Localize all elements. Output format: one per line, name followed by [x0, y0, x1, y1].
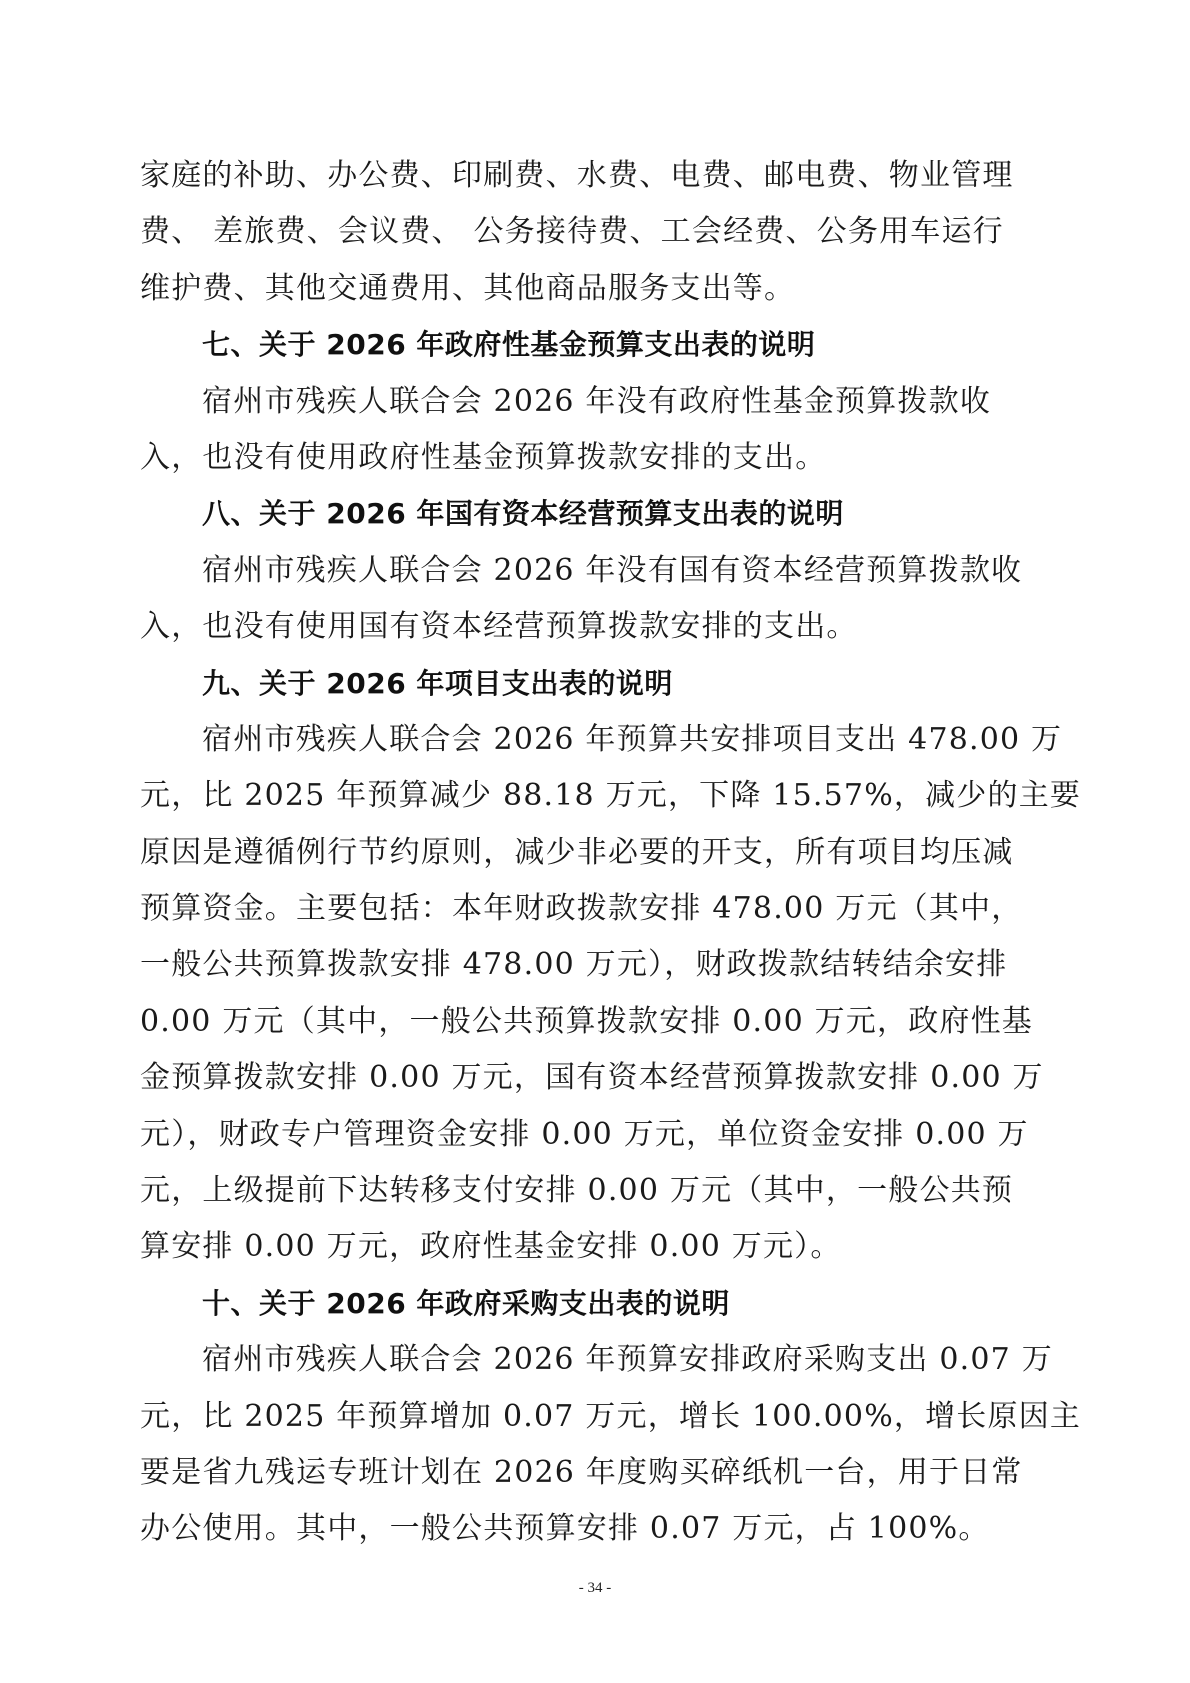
- section-heading: 九、关于 2026 年项目支出表的说明: [140, 656, 970, 712]
- paragraph-line: 预算资金。主要包括：本年财政拨款安排 478.00 万元（其中，: [140, 881, 970, 937]
- paragraph-line: 金预算拨款安排 0.00 万元，国有资本经营预算拨款安排 0.00 万: [140, 1050, 970, 1106]
- paragraph-line: 元，比 2025 年预算增加 0.07 万元，增长 100.00%，增长原因主: [140, 1389, 970, 1445]
- paragraph-line: 元，比 2025 年预算减少 88.18 万元，下降 15.57%，减少的主要: [140, 768, 970, 824]
- section-state-capital-budget: 八、关于 2026 年国有资本经营预算支出表的说明 宿州市残疾人联合会 2026…: [140, 486, 970, 655]
- paragraph-line: 办公使用。其中，一般公共预算安排 0.07 万元，占 100%。: [140, 1501, 970, 1557]
- paragraph-line: 费、 差旅费、会议费、 公务接待费、工会经费、公务用车运行: [140, 204, 970, 260]
- section-heading: 七、关于 2026 年政府性基金预算支出表的说明: [140, 317, 970, 373]
- paragraph-line: 宿州市残疾人联合会 2026 年预算安排政府采购支出 0.07 万: [140, 1332, 970, 1388]
- paragraph-line: 0.00 万元（其中，一般公共预算拨款安排 0.00 万元，政府性基: [140, 994, 970, 1050]
- paragraph-line: 要是省九残运专班计划在 2026 年度购买碎纸机一台，用于日常: [140, 1445, 970, 1501]
- section-heading: 八、关于 2026 年国有资本经营预算支出表的说明: [140, 486, 970, 542]
- section-heading: 十、关于 2026 年政府采购支出表的说明: [140, 1276, 970, 1332]
- paragraph-line: 宿州市残疾人联合会 2026 年预算共安排项目支出 478.00 万: [140, 712, 970, 768]
- continuation-paragraph: 家庭的补助、办公费、印刷费、水费、电费、邮电费、物业管理 费、 差旅费、会议费、…: [140, 148, 970, 317]
- section-project-expenditure: 九、关于 2026 年项目支出表的说明 宿州市残疾人联合会 2026 年预算共安…: [140, 656, 970, 1276]
- paragraph-line: 算安排 0.00 万元，政府性基金安排 0.00 万元）。: [140, 1219, 970, 1275]
- paragraph-line: 元，上级提前下达转移支付安排 0.00 万元（其中，一般公共预: [140, 1163, 970, 1219]
- document-body: 家庭的补助、办公费、印刷费、水费、电费、邮电费、物业管理 费、 差旅费、会议费、…: [140, 148, 970, 1558]
- page-number: - 34 -: [0, 1580, 1190, 1597]
- paragraph-line: 一般公共预算拨款安排 478.00 万元），财政拨款结转结余安排: [140, 937, 970, 993]
- paragraph-line: 维护费、其他交通费用、其他商品服务支出等。: [140, 261, 970, 317]
- paragraph-line: 入，也没有使用政府性基金预算拨款安排的支出。: [140, 430, 970, 486]
- section-government-fund-budget: 七、关于 2026 年政府性基金预算支出表的说明 宿州市残疾人联合会 2026 …: [140, 317, 970, 486]
- paragraph-line: 宿州市残疾人联合会 2026 年没有政府性基金预算拨款收: [140, 374, 970, 430]
- section-government-procurement: 十、关于 2026 年政府采购支出表的说明 宿州市残疾人联合会 2026 年预算…: [140, 1276, 970, 1558]
- paragraph-line: 入，也没有使用国有资本经营预算拨款安排的支出。: [140, 599, 970, 655]
- paragraph-line: 原因是遵循例行节约原则，减少非必要的开支，所有项目均压减: [140, 825, 970, 881]
- paragraph-line: 家庭的补助、办公费、印刷费、水费、电费、邮电费、物业管理: [140, 148, 970, 204]
- paragraph-line: 宿州市残疾人联合会 2026 年没有国有资本经营预算拨款收: [140, 543, 970, 599]
- document-page: 家庭的补助、办公费、印刷费、水费、电费、邮电费、物业管理 费、 差旅费、会议费、…: [0, 0, 1190, 1683]
- paragraph-line: 元），财政专户管理资金安排 0.00 万元，单位资金安排 0.00 万: [140, 1107, 970, 1163]
